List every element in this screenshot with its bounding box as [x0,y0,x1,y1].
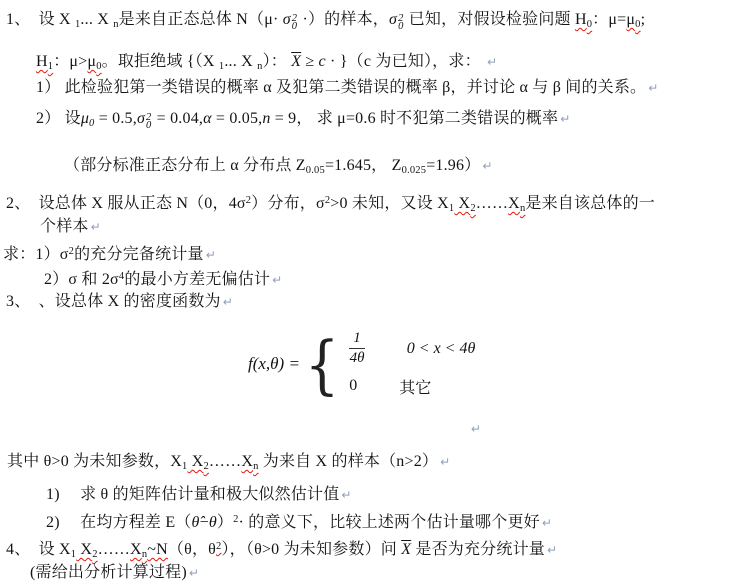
text-segment: α [203,110,212,127]
text-segment: ... X [224,53,257,70]
formula-lhs: f(x,θ) = [248,354,300,374]
text-segment: X [291,53,301,70]
pilcrow-mark-icon: ↵ [540,516,552,530]
text-segment: =1.96） [426,157,480,174]
text-line: 2) 在均方程差 E（θ̂−θ）2· 的意义下，比较上述两个估计量哪个更好↵ [46,509,552,534]
text-line: 求：1）σ2的充分完备统计量↵ [3,241,216,266]
text-segment: H [36,53,48,70]
fraction: 1 4θ [349,330,365,367]
text-segment: θ [209,514,217,531]
pilcrow-mark-icon: ↵ [187,566,199,580]
text-segment: 2、 设总体 X 服从正态 N（0，4σ [6,195,246,212]
text-line: 2、 设总体 X 服从正态 N（0，4σ2）分布，σ2>0 未知，又设 X1 X… [6,190,655,219]
text-segment: ） [217,514,233,531]
text-segment: 2）σ 和 2σ [44,271,119,288]
text-segment: X [508,195,520,212]
text-segment: ， 求 μ=0.6 时不犯第二类错误的概率 [296,110,558,127]
text-line: 3、 、设总体 X 的密度函数为↵ [6,291,233,313]
pilcrow-mark-icon: ↵ [545,543,557,557]
text-line: H1：μ>μ0。取拒绝域 {（X 1... X n）： X ≥ c · }（c … [36,51,497,77]
text-segment: …… [209,453,241,470]
left-brace-icon: { [305,327,339,401]
text-segment: ; [641,11,646,28]
text-segment: 是来自正态总体 N（μ· [119,11,283,28]
pilcrow-mark-icon: ↵ [204,248,216,262]
text-segment: X [76,541,92,558]
text-segment: (需给出分析计算过程) [30,564,187,581]
text-segment: （θ，θ [168,541,216,558]
density-formula: f(x,θ) = { 1 4θ 0 < x < 4θ 0 其它 [248,330,475,398]
text-segment: μ [626,11,635,28]
text-segment: 0.025 [402,165,427,176]
text-segment: 已知，对假设检验问题 [405,11,575,28]
text-segment: σ [137,110,145,127]
pilcrow-mark-icon: ↵ [480,159,492,173]
text-segment: 3、 、设总体 X 的密度函数为 [6,293,221,310]
case-condition: 0 < x < 4θ [407,340,476,358]
text-segment: 求：1）σ [3,246,69,263]
pilcrow-mark-icon: ↵ [438,455,450,469]
text-segment: 0.05 [306,165,325,176]
pilcrow-mark-icon: ↵ [646,81,658,95]
pilcrow-mark-icon: ↵ [558,112,570,126]
pilcrow-mark-icon: ↵ [339,488,351,502]
text-segment: = 0.04, [152,110,203,127]
text-line: 4、 设 X1 X2……Xn~N（θ，θ2），（θ>0 为未知参数）问 X 是否… [6,536,557,565]
text-segment: ≥ c [301,53,326,70]
stacked-sup-sub: 20 [397,15,404,32]
text-segment: · }（c 为已知），求： [326,53,485,70]
text-segment: μ [87,53,96,70]
text-segment: 2） 设 [36,110,81,127]
text-line: 其中 θ>0 为未知参数，X1 X2……Xn 为来自 X 的样本（n>2）↵ [7,451,450,477]
text-segment: ：μ> [53,53,87,70]
text-segment: X [188,453,204,470]
text-segment: …… [98,541,130,558]
text-line: 个样本↵ [40,216,101,238]
text-segment: …… [476,195,508,212]
text-segment: 是否为充分统计量 [411,541,545,558]
text-segment: ），（θ>0 为未知参数）问 [221,541,401,558]
document-page: 1、 设 X 1... X n是来自正态总体 N（μ· σ20 ·）的样本，σ2… [0,0,739,588]
case-condition: 其它 [399,375,431,398]
text-segment: X [454,195,470,212]
pilcrow-mark-icon: ↵ [485,55,497,69]
text-segment: 个样本 [40,218,89,235]
text-segment: X [241,453,253,470]
text-segment: 2) 在均方程差 E（ [46,514,192,531]
text-segment: 的最小方差无偏估计 [124,271,270,288]
text-segment: − [200,514,209,531]
text-segment: ）： [263,53,292,70]
text-line: 2）σ 和 2σ4的最小方差无偏估计↵ [44,266,282,291]
fraction-denominator: 4θ [349,349,365,367]
text-line: 2） 设μ0 = 0.5,σ20 = 0.04,α = 0.05,n = 9， … [36,108,570,134]
pilcrow-mark-icon: ↵ [270,273,282,287]
text-segment: 1) 求 θ 的矩阵估计量和极大似然估计值 [46,486,339,503]
text-segment: （部分标准正态分布上 α 分布点 Z [64,157,306,174]
text-segment: · 的意义下，比较上述两个估计量哪个更好 [239,514,540,531]
text-segment: >0 未知，又设 X [330,195,449,212]
text-segment: X [401,541,411,558]
text-segment: ：μ= [592,11,626,28]
text-segment: ... X [80,11,113,28]
text-line: 1、 设 X 1... X n是来自正态总体 N（μ· σ20 ·）的样本，σ2… [6,9,645,35]
fraction-numerator: 1 [349,330,365,349]
text-segment: 1） 此检验犯第一类错误的概率 α 及犯第二类错误的概率 β，并讨论 α 与 β… [36,79,646,96]
text-segment: 。取拒绝域 {（X [102,53,219,70]
text-segment: ~N [147,541,168,558]
text-segment: θ̂ [192,514,200,531]
text-segment: = 0.5, [95,110,137,127]
text-segment: =1.645， Z [325,157,402,174]
text-segment: ·）的样本， [298,11,389,28]
text-segment: 为来自 X 的样本（n>2） [259,453,439,470]
text-line: （部分标准正态分布上 α 分布点 Z0.05=1.645， Z0.025=1.9… [64,155,493,181]
text-segment: 的充分完备统计量 [74,246,204,263]
text-segment: H [575,11,587,28]
text-segment: 其中 θ>0 为未知参数，X [7,453,182,470]
case-value: 0 [349,377,357,395]
pilcrow-mark-icon: ↵ [469,422,481,436]
text-segment: 1、 设 X [6,11,75,28]
paragraph-mark-line: ↵ [452,397,481,461]
text-segment: = 9 [271,110,297,127]
text-segment: 4、 设 X [6,541,71,558]
text-segment: 是来自该总体的一 [525,195,655,212]
text-line: 1） 此检验犯第一类错误的概率 α 及犯第二类错误的概率 β，并讨论 α 与 β… [36,77,659,99]
pilcrow-mark-icon: ↵ [221,295,233,309]
text-segment: ）分布，σ [251,195,325,212]
text-segment: σ [283,11,291,28]
text-line: (需给出分析计算过程)↵ [30,562,199,584]
text-segment: σ [389,11,397,28]
formula-cases: 1 4θ 0 < x < 4θ 0 其它 [349,330,475,398]
formula-case-2: 0 其它 [349,374,475,398]
pilcrow-mark-icon: ↵ [89,220,101,234]
text-segment: X [130,541,142,558]
text-segment: μ [81,110,89,127]
text-segment: = 0.05, [212,110,263,127]
text-segment: n [262,110,270,127]
formula-case-1: 1 4θ 0 < x < 4θ [349,330,475,367]
text-line: 1) 求 θ 的矩阵估计量和极大似然估计值↵ [46,484,352,506]
